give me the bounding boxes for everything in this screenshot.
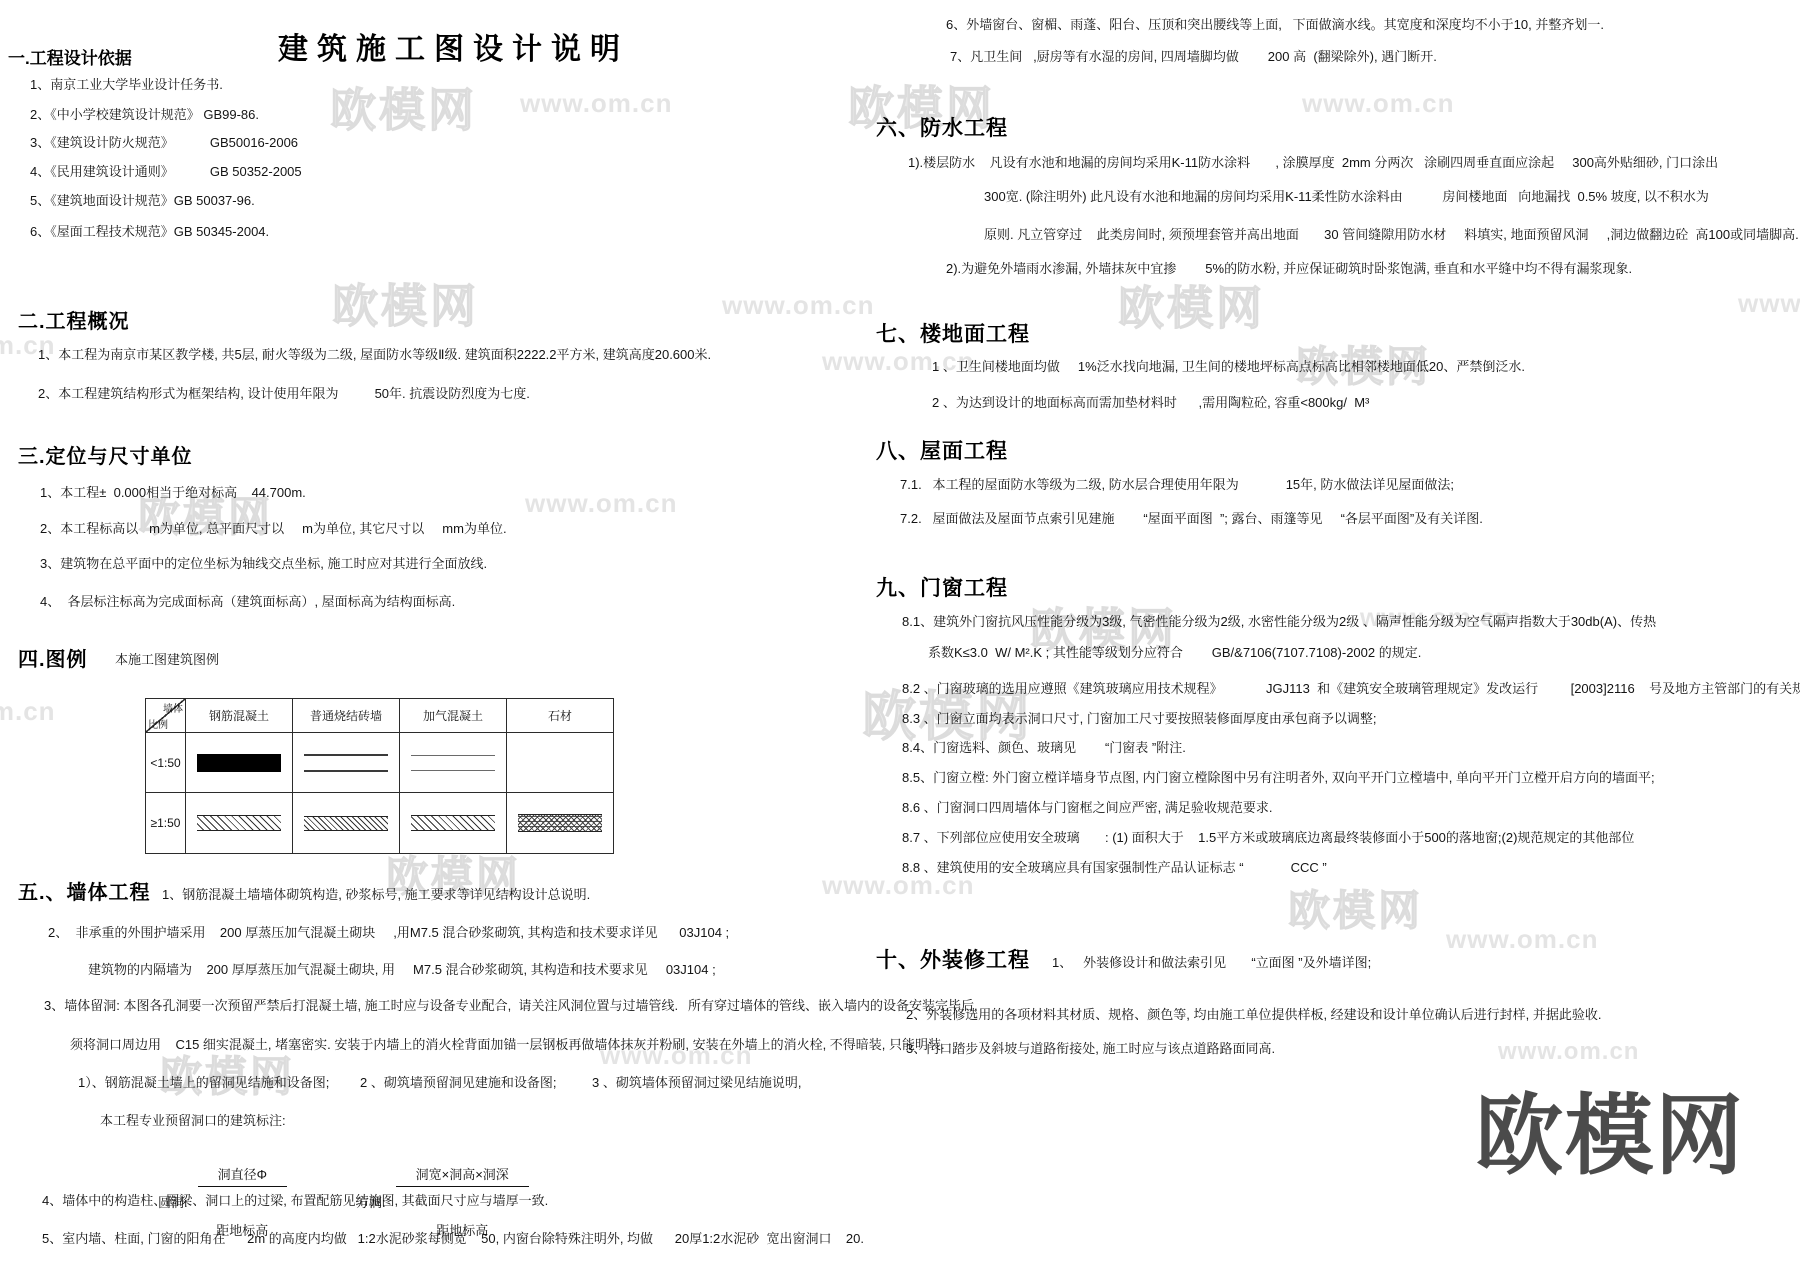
door-window-line: 8.5、门窗立樘: 外门窗立樘详墙身节点图, 内门窗立樘除图中另有注明者外, 双… [902, 771, 1655, 786]
swatch-reinforced-concrete-small-scale [197, 754, 281, 772]
swatch-aerated-concrete-small-scale [411, 755, 495, 771]
heading-positioning-units: 三.定位与尺寸单位 [18, 440, 193, 469]
watermark-url: www.om.cn [525, 488, 678, 519]
wall-item: 7、凡卫生间 ,厨房等有水湿的房间, 四周墙脚均做 200 高 (翻梁除外), … [950, 50, 1437, 65]
round-hole-numerator: 洞直径Φ [198, 1164, 287, 1187]
watermark-url: www.om.cn [1498, 1038, 1639, 1066]
legend-corner-bottom: 比例 [148, 716, 168, 731]
wall-item: 3、墙体留洞: 本图各孔洞要一次预留严禁后打混凝土墙, 施工时应与设备专业配合,… [44, 999, 678, 1014]
door-window-line: 系数K≤3.0 W/ M².K ; 其性能等级划分应符合 GB/&7106(71… [928, 646, 1421, 661]
door-window-line: 8.4、门窗选料、颜色、玻璃见 “门窗表 ”附注. [902, 741, 1186, 756]
design-basis-item: 5、《建筑地面设计规范》GB 50037-96. [30, 194, 255, 209]
design-basis-item: 6、《屋面工程技术规范》GB 50345-2004. [30, 225, 269, 240]
watermark-brand: 欧模网 [330, 74, 477, 140]
door-window-line: 8.1、建筑外门窗抗风压性能分级为3级, 气密性能分级为2级, 水密性能分级为2… [902, 615, 1656, 630]
watermark-url: www.om.cn [520, 88, 673, 119]
wall-subitem: 1）、钢筋混凝土墙上的留洞见结施和设备图; [78, 1076, 329, 1091]
roof-item: 7.1. 本工程的屋面防水等级为二级, 防水层合理使用年限为 15年, 防水做法… [900, 478, 1454, 493]
waterproof-line: 300宽. (除注明外) 此凡设有水池和地漏的房间均采用K-11柔性防水涂料由 … [984, 190, 1709, 205]
wall-item: 4、墙体中的构造柱、圈梁、洞口上的过梁, 布置配筋见结施图, 其截面尺寸应与墙厚… [42, 1194, 548, 1209]
doc-title: 建筑施工图设计说明 [278, 24, 629, 68]
legend-cell [507, 733, 613, 793]
door-window-line: 8.6 、门窗洞口四周墙体与门窗框之间应严密, 满足验收规范要求. [902, 801, 1273, 816]
design-basis-item: 2、《中小学校建筑设计规范》 GB99-86. [30, 108, 259, 123]
exterior-item: 3、门口踏步及斜坡与道路衔接处, 施工时应与该点道路路面同高. [906, 1042, 1275, 1057]
legend-note: 本施工图建筑图例 [115, 653, 219, 668]
floor-item: 2 、为达到设计的地面标高而需加垫材料时 ,需用陶粒砼, 容重<800kg/ M… [932, 396, 1369, 411]
drawing-sheet: 欧模网 www.om.cn 欧模网 www.om.cn 欧模网 www.om.c… [0, 0, 1800, 1263]
site-logo: 欧模网 [1475, 1066, 1745, 1192]
watermark-url: www.om.cn [722, 290, 875, 321]
legend-cell [507, 793, 613, 853]
heading-floor-works: 七、楼地面工程 [876, 318, 1030, 348]
legend-corner-cell: 墙体 比例 [146, 699, 186, 733]
wall-item: 1、钢筋混凝土墙墙体砌筑构造, 砂浆标号, 施工要求等详见结构设计总说明. [162, 888, 590, 903]
legend-cell [186, 793, 293, 853]
wall-item: 建筑物的内隔墙为 200 厚厚蒸压加气混凝土砌块, 用 M7.5 混合砂浆砌筑,… [88, 963, 716, 978]
design-basis-item: 4、《民用建筑设计通则》 GB 50352-2005 [30, 165, 302, 180]
swatch-aerated-concrete-large-scale [411, 815, 495, 831]
door-window-line: 8.7 、下列部位应使用安全玻璃 : (1) 面积大于 1.5平方米或玻璃底边离… [902, 831, 1634, 846]
legend-row-label: <1:50 [146, 733, 186, 793]
design-basis-item: 3、《建筑设计防火规范》 GB50016-2006 [30, 136, 298, 151]
units-item: 3、建筑物在总平面中的定位坐标为轴线交点坐标, 施工时应对其进行全面放线. [40, 557, 487, 572]
waterproof-line: 2).为避免外墙雨水渗漏, 外墙抹灰中宜掺 5%的防水粉, 并应保证砌筑时卧浆饱… [946, 262, 1632, 277]
watermark-url: om.cn [0, 696, 56, 727]
watermark-url: www.om.cn [1738, 288, 1800, 319]
legend-table: 墙体 比例 钢筋混凝土 普通烧结砖墙 加气混凝土 石材 <1:50 ≥1:50 [145, 698, 614, 854]
door-window-line: 8.2 、门窗玻璃的选用应遵照《建筑玻璃应用技术规程》 JGJ113 和《建筑安… [902, 682, 1800, 697]
watermark-brand: 欧模网 [332, 270, 479, 336]
square-hole-numerator: 洞宽×洞高×洞深 [396, 1164, 529, 1187]
heading-wall-works: 五.、墙体工程 [18, 876, 151, 905]
swatch-fired-brick-large-scale [304, 816, 388, 831]
wall-subitem: 3 、砌筑墙体预留洞过梁见结施说明, [592, 1076, 801, 1091]
watermark-brand: 欧模网 [1118, 272, 1265, 338]
heading-door-window-works: 九、门窗工程 [876, 572, 1008, 602]
legend-col-header: 普通烧结砖墙 [293, 699, 400, 733]
floor-item: 1 、卫生间楼地面均做 1%泛水找向地漏, 卫生间的楼地坪标高点标高比相邻楼地面… [932, 360, 1525, 375]
roof-item: 7.2. 屋面做法及屋面节点索引见建施 “屋面平面图 ”; 露台、雨篷等见 “各… [900, 512, 1483, 527]
swatch-stone-large-scale [518, 814, 602, 832]
heading-roof-works: 八、屋面工程 [876, 435, 1008, 465]
heading-design-basis: 一.工程设计依据 [8, 44, 132, 69]
wall-subitem: 2 、砌筑墙预留洞见建施和设备图; [360, 1076, 556, 1091]
watermark-url: www.om.cn [1302, 88, 1455, 119]
waterproof-line: 原则. 凡立管穿过 此类房间时, 须预埋套管并高出地面 30 管间缝隙用防水材 … [984, 228, 1799, 243]
legend-col-header: 钢筋混凝土 [186, 699, 293, 733]
legend-cell [186, 733, 293, 793]
wall-item: 6、外墙窗台、窗楣、雨蓬、阳台、压顶和突出腰线等上面, 下面做滴水线。其宽度和深… [946, 18, 1604, 33]
legend-cell [400, 793, 507, 853]
heading-legend: 四.图例 [18, 643, 88, 672]
legend-cell [400, 733, 507, 793]
wall-item: 2、 非承重的外围护墙采用 200 厚蒸压加气混凝土砌块 ,用M7.5 混合砂浆… [48, 926, 729, 941]
units-item: 2、本工程标高以 m为单位, 总平面尺寸以 m为单位, 其它尺寸以 mm为单位. [40, 522, 507, 537]
wall-item: 须将洞口周边用 C15 细实混凝土, 堵塞密实. 安装于内墙上的消火栓背面加锚一… [70, 1038, 945, 1053]
swatch-reinforced-concrete-large-scale [197, 815, 281, 831]
legend-col-header: 加气混凝土 [400, 699, 507, 733]
exterior-item: 2、外装修选用的各项材料其材质、规格、颜色等, 均由施工单位提供样板, 经建设和… [906, 1008, 1602, 1023]
watermark-brand: 欧模网 [1288, 878, 1423, 938]
legend-col-header: 石材 [507, 699, 613, 733]
watermark-url: www.om.cn [1446, 924, 1599, 955]
door-window-line: 8.3 、门窗立面均表示洞口尺寸, 门窗加工尺寸要按照装修面厚度由承包商予以调整… [902, 712, 1377, 727]
units-item: 1、本工程± 0.000相当于绝对标高 44.700m. [40, 486, 306, 501]
exterior-item: 1、 外装修设计和做法索引见 “立面图 ”及外墙详图; [1052, 956, 1371, 971]
heading-waterproofing: 六、防水工程 [876, 112, 1008, 142]
heading-project-overview: 二.工程概况 [18, 305, 130, 334]
door-window-line: 8.8 、建筑使用的安全玻璃应具有国家强制性产品认证标志 “ CCC ” [902, 861, 1327, 876]
overview-item: 2、本工程建筑结构形式为框架结构, 设计使用年限为 50年. 抗震设防烈度为七度… [38, 387, 530, 402]
wall-hole-note: 本工程专业预留洞口的建筑标注: [100, 1114, 286, 1129]
watermark-brand: 欧模网 [160, 1044, 295, 1104]
heading-exterior-finish: 十、外装修工程 [876, 944, 1030, 974]
legend-row-label: ≥1:50 [146, 793, 186, 853]
waterproof-line: 1).楼层防水 凡设有水池和地漏的房间均采用K-11防水涂料 , 涂膜厚度 2m… [908, 156, 1718, 171]
overview-item: 1、本工程为南京市某区教学楼, 共5层, 耐火等级为二级, 屋面防水等级Ⅱ级. … [38, 348, 711, 363]
units-item: 4、 各层标注标高为完成面标高（建筑面标高）, 屋面标高为结构面标高. [40, 595, 455, 610]
wall-item: 5、室内墙、柱面, 门窗的阳角在 2m 的高度内均做 1:2水泥砂浆每侧宽 50… [42, 1232, 864, 1247]
design-basis-item: 1、南京工业大学毕业设计任务书. [30, 78, 223, 93]
legend-cell [293, 793, 400, 853]
legend-corner-top: 墙体 [163, 700, 183, 715]
legend-cell [293, 733, 400, 793]
swatch-fired-brick-small-scale [304, 754, 388, 772]
